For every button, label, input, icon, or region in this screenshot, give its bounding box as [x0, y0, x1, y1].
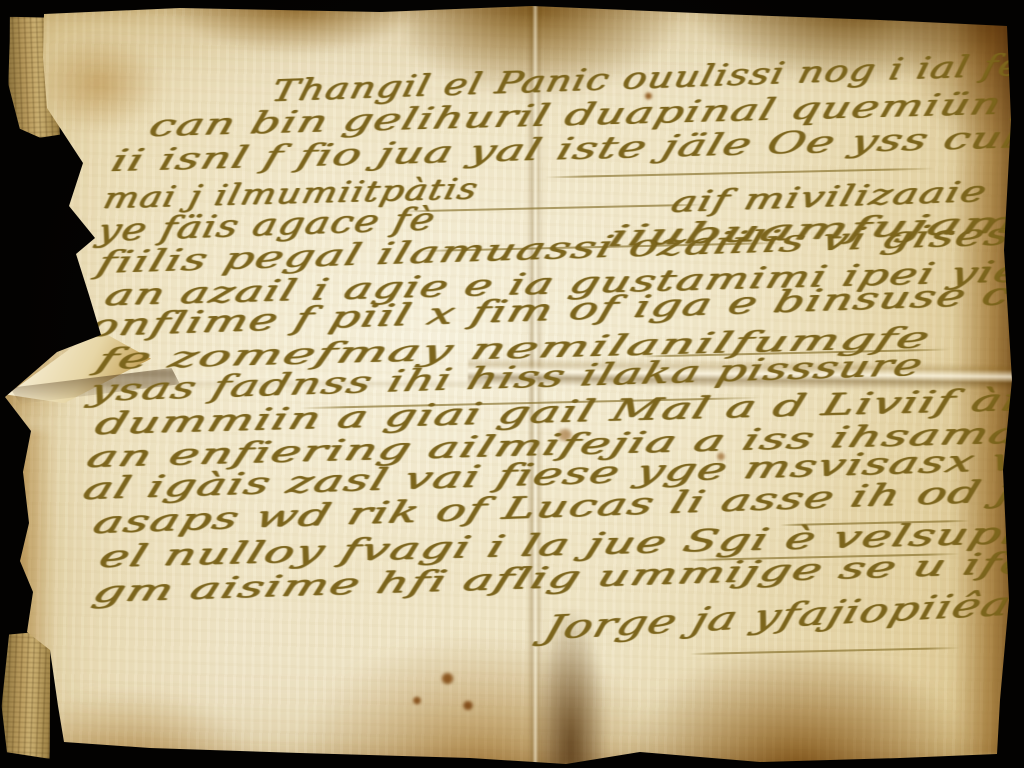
foxing-spot	[462, 700, 474, 711]
torn-newsprint-edge-bottom	[0, 629, 54, 759]
foxing-spot	[440, 672, 455, 685]
manuscript-paper: Thangil el Panic ouulissi nog i ial fe i…	[0, 0, 1024, 768]
foxing-spot	[412, 696, 422, 705]
black-backdrop: Thangil el Panic ouulissi nog i ial fe i…	[0, 0, 1024, 768]
